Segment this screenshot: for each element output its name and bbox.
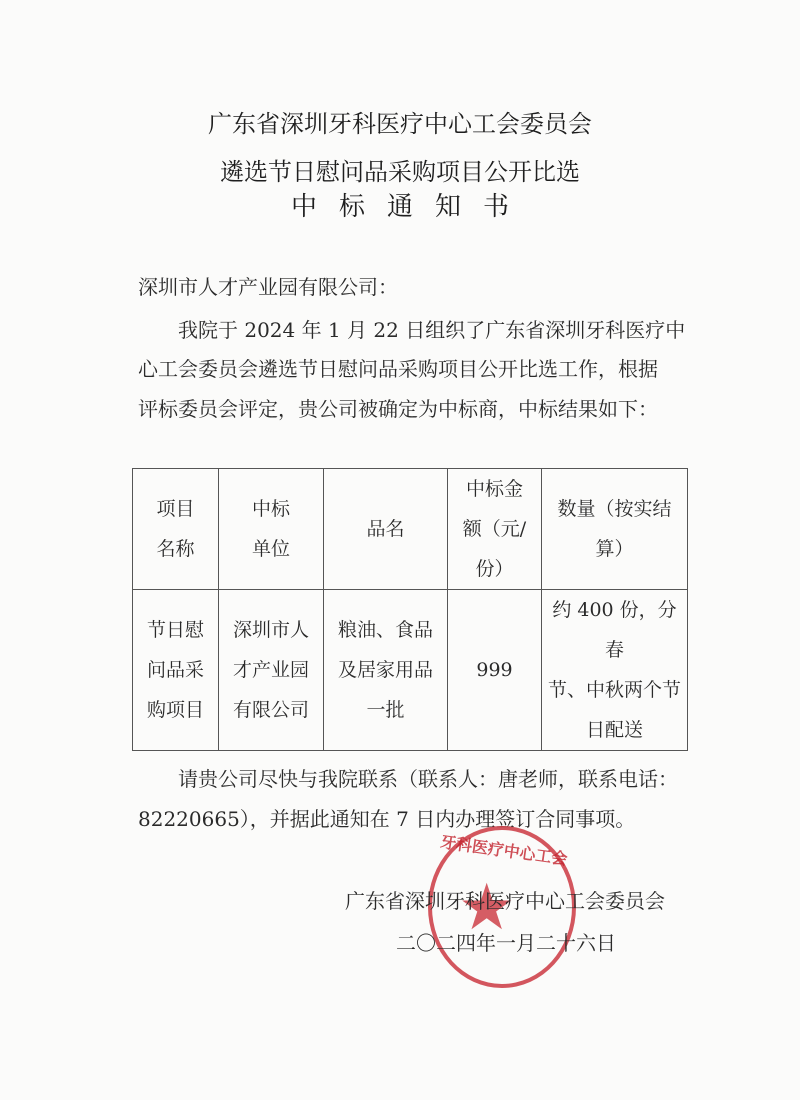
paragraph-1-line-2: 心工会委员会遴选节日慰问品采购项目公开比选工作，根据: [138, 353, 658, 382]
cell-quantity: 约 400 份，分春节、中秋两个节日配送: [542, 590, 688, 751]
table-row: 节日慰问品采购项目 深圳市人才产业园有限公司 粮油、食品及居家用品一批 999 …: [133, 590, 688, 751]
signature-org: 广东省深圳牙科医疗中心工会委员会: [345, 885, 665, 914]
cell-amount: 999: [448, 590, 542, 751]
doc-title-project: 遴选节日慰问品采购项目公开比选: [0, 152, 800, 187]
header-winning-unit: 中标单位: [219, 469, 324, 590]
header-quantity: 数量（按实结算）: [542, 469, 688, 590]
header-item-name: 品名: [324, 469, 448, 590]
header-project-name: 项目名称: [133, 469, 219, 590]
cell-project-name: 节日慰问品采购项目: [133, 590, 219, 751]
cell-winning-unit: 深圳市人才产业园有限公司: [219, 590, 324, 751]
paragraph-1-line-3: 评标委员会评定，贵公司被确定为中标商，中标结果如下：: [138, 393, 658, 422]
award-result-table: 项目名称 中标单位 品名 中标金额（元/份） 数量（按实结算） 节日慰问品采购项…: [132, 468, 688, 751]
addressee: 深圳市人才产业园有限公司：: [138, 271, 398, 300]
cell-item-name: 粮油、食品及居家用品一批: [324, 590, 448, 751]
doc-title-notice: 中标通知书: [0, 186, 800, 223]
table-header-row: 项目名称 中标单位 品名 中标金额（元/份） 数量（按实结算）: [133, 469, 688, 590]
paragraph-2-line-2: 82220665），并据此通知在 7 日内办理签订合同事项。: [138, 803, 635, 832]
paragraph-1-line-1: 我院于 2024 年 1 月 22 日组织了广东省深圳牙科医疗中: [178, 314, 685, 343]
doc-title-org: 广东省深圳牙科医疗中心工会委员会: [0, 104, 800, 139]
paragraph-2-line-1: 请贵公司尽快与我院联系（联系人：唐老师，联系电话：: [178, 763, 678, 792]
header-amount: 中标金额（元/份）: [448, 469, 542, 590]
signature-date: 二〇二四年一月二十六日: [396, 927, 616, 956]
